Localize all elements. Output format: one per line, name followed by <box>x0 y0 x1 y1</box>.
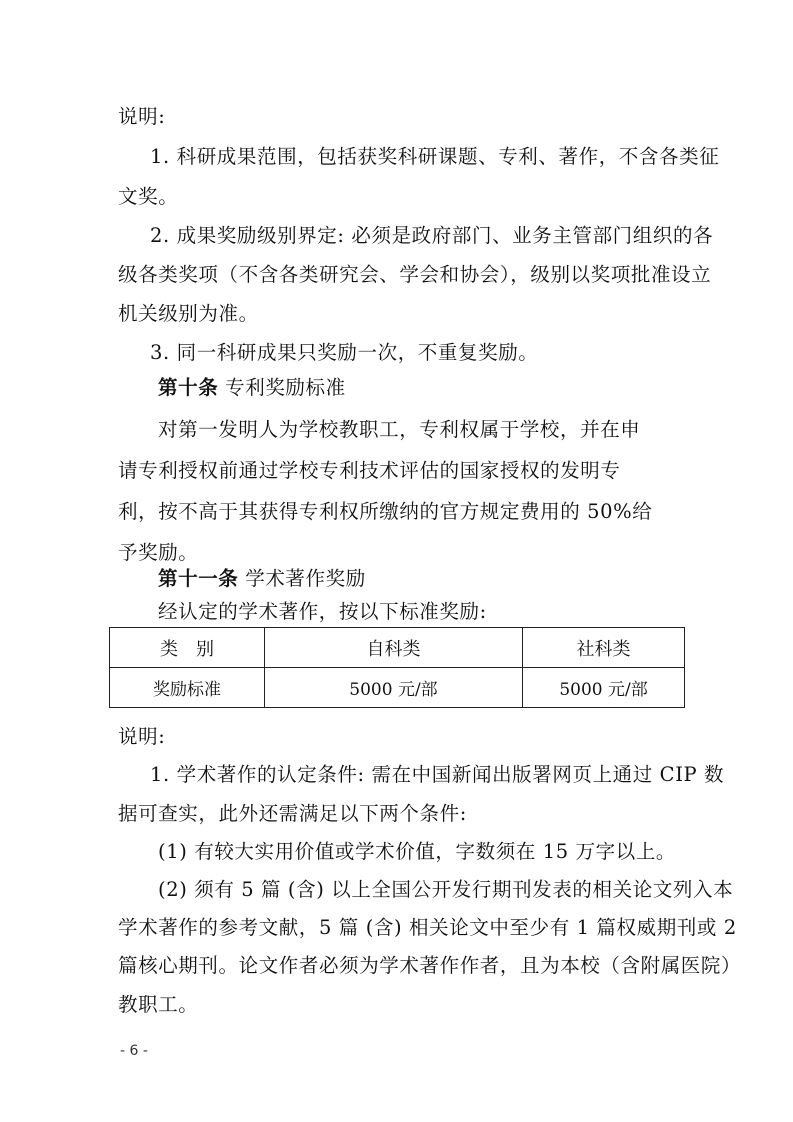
article-10-body-line-2: 请专利授权前通过学校专利技术评估的国家授权的发明专 <box>118 459 621 483</box>
article-11-note-line-6: 篇核心期刊。论文作者必须为学术著作作者，且为本校（含附属医院） <box>118 954 741 978</box>
page-number: - 6 - <box>120 1043 148 1059</box>
note-2-line-1: 2. 成果奖励级别界定: 必须是政府部门、业务主管部门组织的各 <box>150 224 713 248</box>
header-social-science: 社科类 <box>523 628 685 668</box>
article-11-intro: 经认定的学术著作，按以下标准奖励: <box>158 600 487 624</box>
article-10-heading: 第十条 专利奖励标准 <box>158 376 346 400</box>
article-11-notes-title: 说明: <box>118 725 165 749</box>
article-11-heading: 第十一条 学术著作奖励 <box>158 567 366 591</box>
note-2-line-3: 机关级别为准。 <box>118 302 259 326</box>
article-11-title: 学术著作奖励 <box>245 567 366 590</box>
article-11-note-line-2: 据可查实，此外还需满足以下两个条件: <box>118 802 467 826</box>
award-standard-table: 类 别 自科类 社科类 奖励标准 5000 元/部 5000 元/部 <box>109 627 685 708</box>
note-1-line-1: 1. 科研成果范围，包括获奖科研课题、专利、著作，不含各类征 <box>150 145 719 169</box>
article-10-body-line-3: 利，按不高于其获得专利权所缴纳的官方规定费用的 50%给 <box>118 500 652 524</box>
article-11-label: 第十一条 <box>158 567 238 590</box>
article-10-title: 专利奖励标准 <box>225 376 346 399</box>
note-1-line-2: 文奖。 <box>118 185 178 209</box>
notes-title: 说明: <box>118 105 165 129</box>
row-label-award-standard: 奖励标准 <box>110 668 265 708</box>
article-11-note-line-7: 教职工。 <box>118 993 198 1017</box>
article-11-note-line-1: 1. 学术著作的认定条件: 需在中国新闻出版署网页上通过 CIP 数 <box>150 763 724 787</box>
cell-social-science-amount: 5000 元/部 <box>523 668 685 708</box>
article-11-note-line-3: (1) 有较大实用价值或学术价值，字数须在 15 万字以上。 <box>158 840 676 864</box>
document-page: 说明: 1. 科研成果范围，包括获奖科研课题、专利、著作，不含各类征 文奖。 2… <box>0 0 793 1122</box>
note-2-line-2: 级各类奖项（不含各类研究会、学会和协会），级别以奖项批准设立 <box>118 263 711 287</box>
cell-natural-science-amount: 5000 元/部 <box>264 668 522 708</box>
article-11-note-line-4: (2) 须有 5 篇 (含) 以上全国公开发行期刊发表的相关论文列入本 <box>158 878 733 902</box>
article-10-body-line-4: 予奖励。 <box>118 541 198 565</box>
note-3-line-1: 3. 同一科研成果只奖励一次，不重复奖励。 <box>150 341 538 365</box>
article-10-body-line-1: 对第一发明人为学校教职工，专利权属于学校，并在申 <box>158 418 640 442</box>
header-category: 类 别 <box>110 628 265 668</box>
article-10-label: 第十条 <box>158 376 218 399</box>
table-header-row: 类 别 自科类 社科类 <box>110 628 685 668</box>
table-row: 奖励标准 5000 元/部 5000 元/部 <box>110 668 685 708</box>
header-natural-science: 自科类 <box>264 628 522 668</box>
article-11-note-line-5: 学术著作的参考文献，5 篇 (含) 相关论文中至少有 1 篇权威期刊或 2 <box>118 916 737 940</box>
